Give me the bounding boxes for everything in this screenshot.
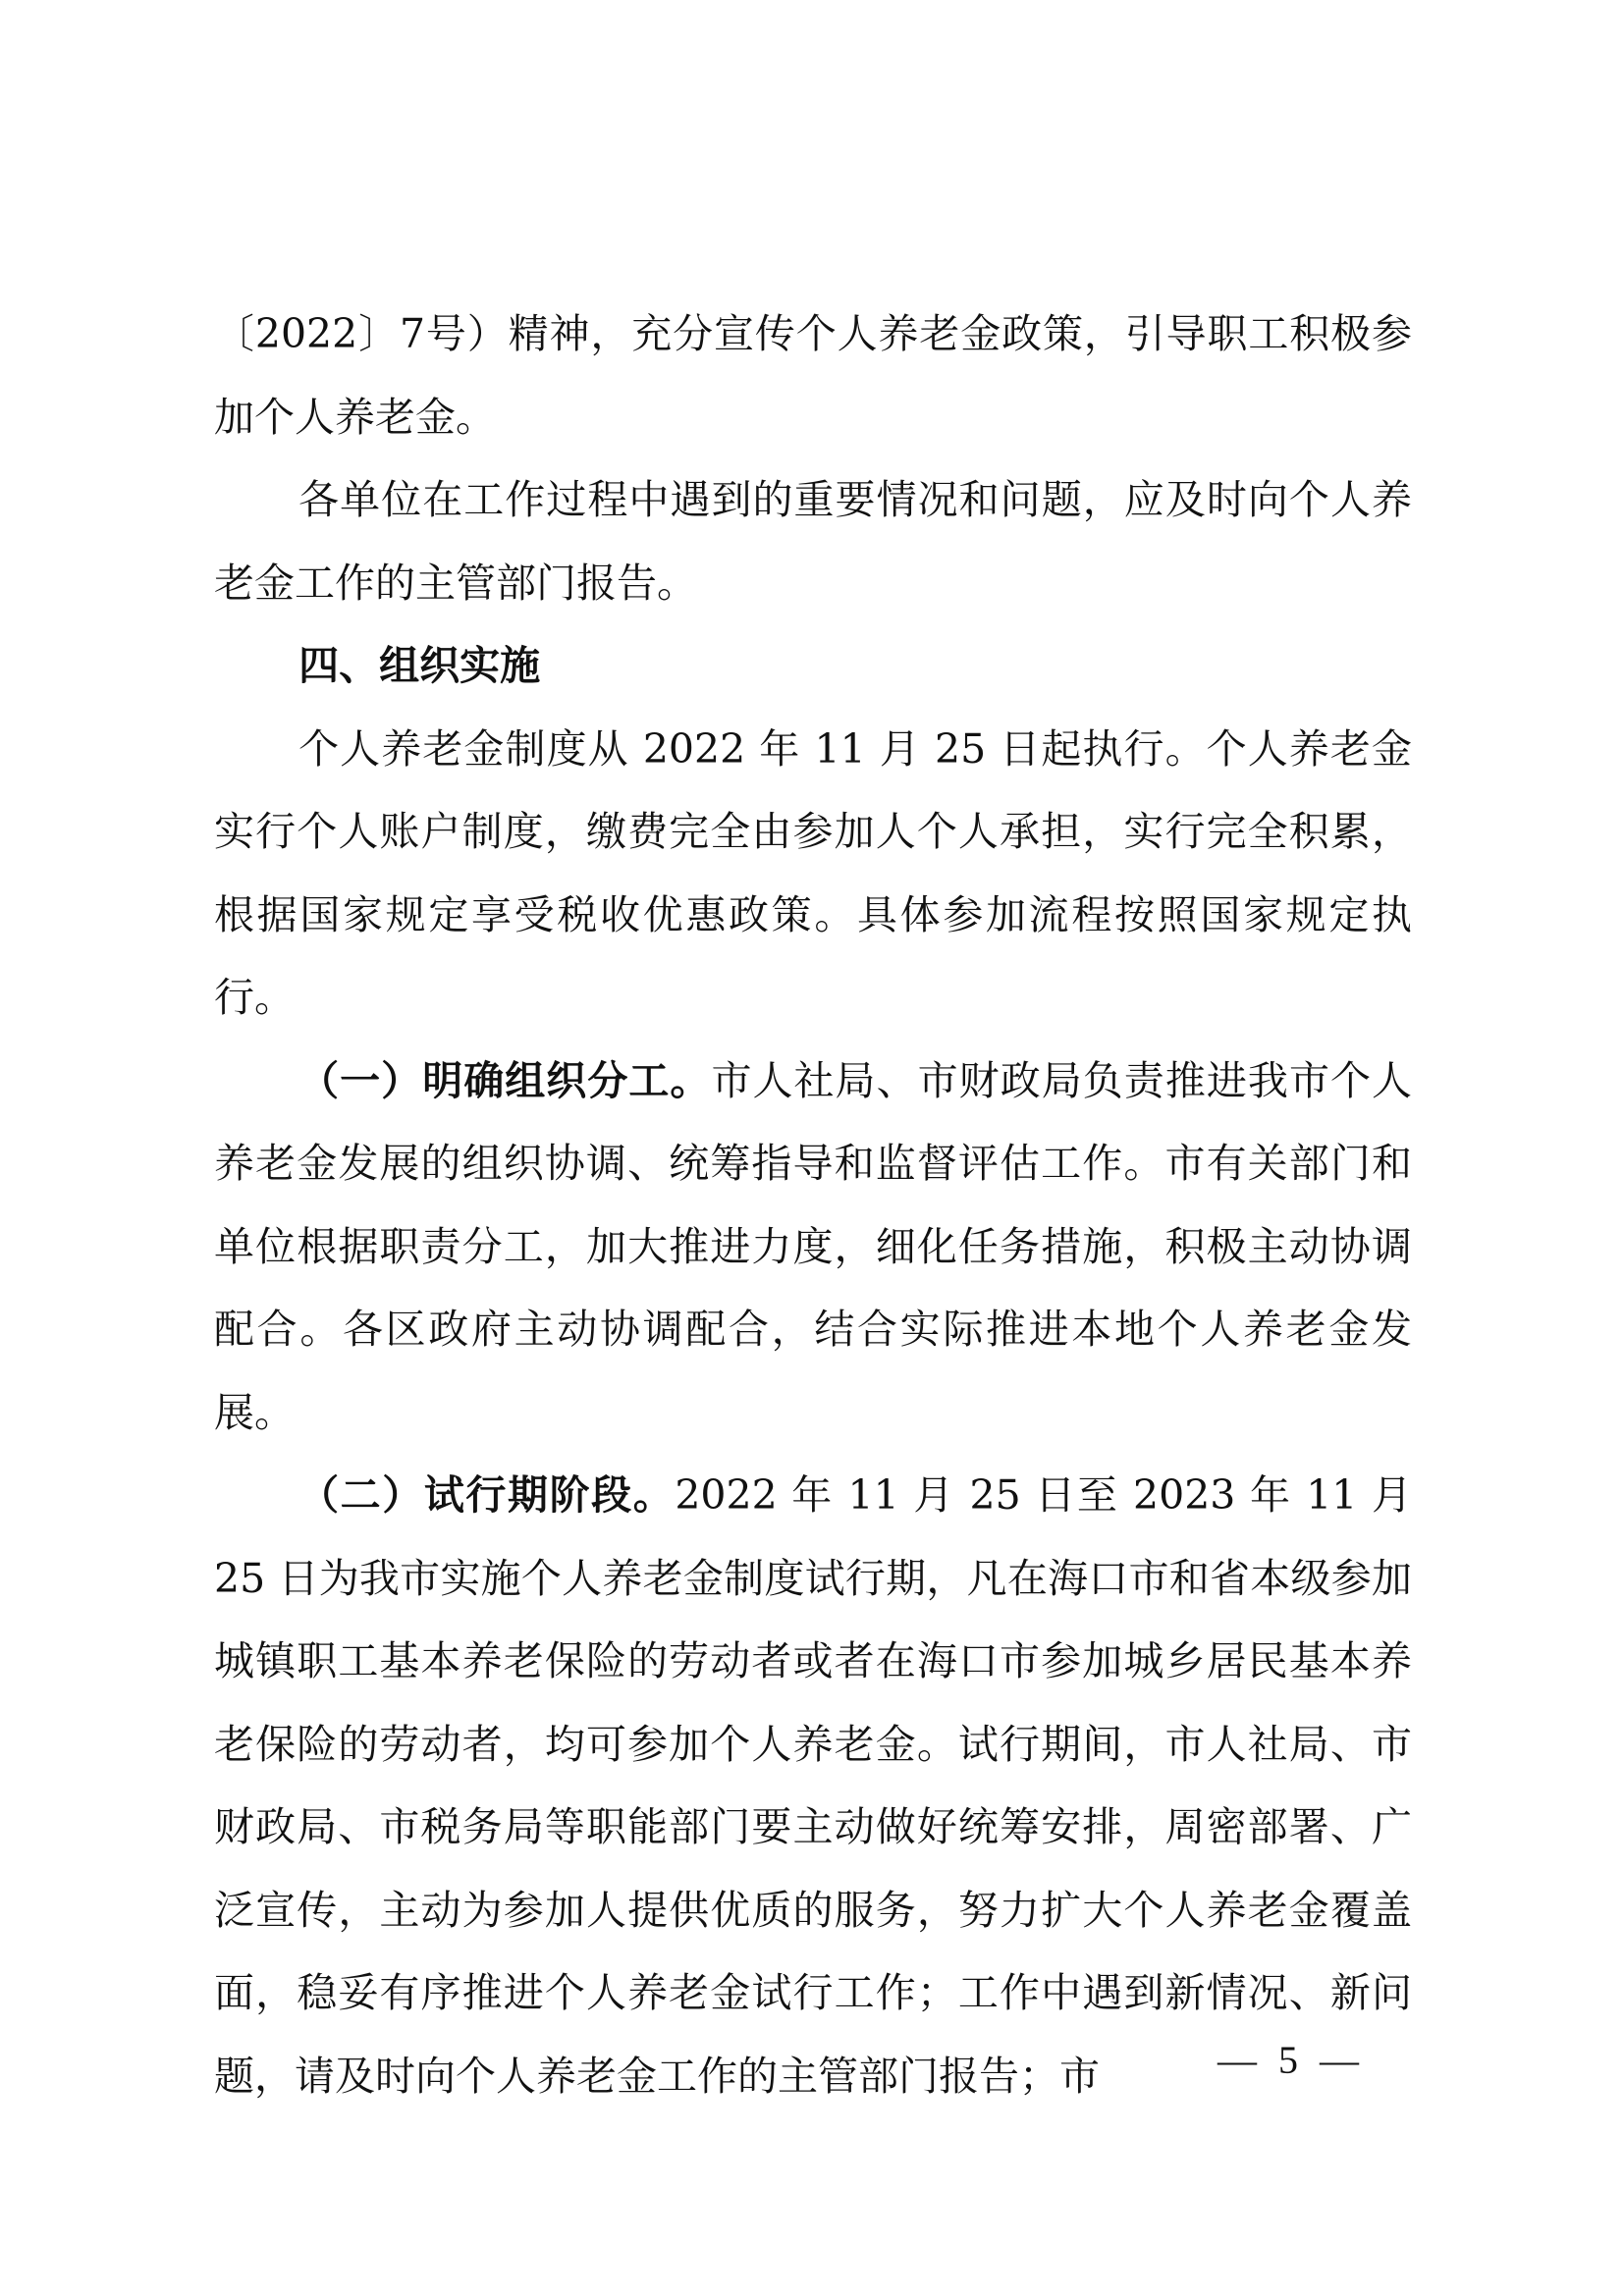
document-page: 〔2022〕7号）精神，充分宣传个人养老金政策，引导职工积极参加个人养老金。 各… (214, 293, 1412, 2117)
subsection-division-of-labor: （一）明确组织分工。市人社局、市财政局负责推进我市个人养老金发展的组织协调、统筹… (214, 1040, 1412, 1455)
paragraph-reporting: 各单位在工作过程中遇到的重要情况和问题，应及时向个人养老金工作的主管部门报告。 (214, 458, 1412, 624)
subsection-trial-period: （二）试行期阶段。2022 年 11 月 25 日至 2023 年 11 月 2… (214, 1454, 1412, 2117)
subsection-lead: （一）明确组织分工。 (298, 1057, 711, 1104)
section-heading-organization: 四、组织实施 (214, 624, 1412, 708)
page-number: — 5 — (1217, 2037, 1365, 2083)
paragraph-continuation: 〔2022〕7号）精神，充分宣传个人养老金政策，引导职工积极参加个人养老金。 (214, 293, 1412, 458)
paragraph-implementation: 个人养老金制度从 2022 年 11 月 25 日起执行。个人养老金实行个人账户… (214, 708, 1412, 1040)
subsection-body: 2022 年 11 月 25 日至 2023 年 11 月 25 日为我市实施个… (214, 1471, 1412, 2100)
subsection-body: 市人社局、市财政局负责推进我市个人养老金发展的组织协调、统筹指导和监督评估工作。… (214, 1057, 1412, 1436)
subsection-lead: （二）试行期阶段。 (298, 1471, 675, 1519)
